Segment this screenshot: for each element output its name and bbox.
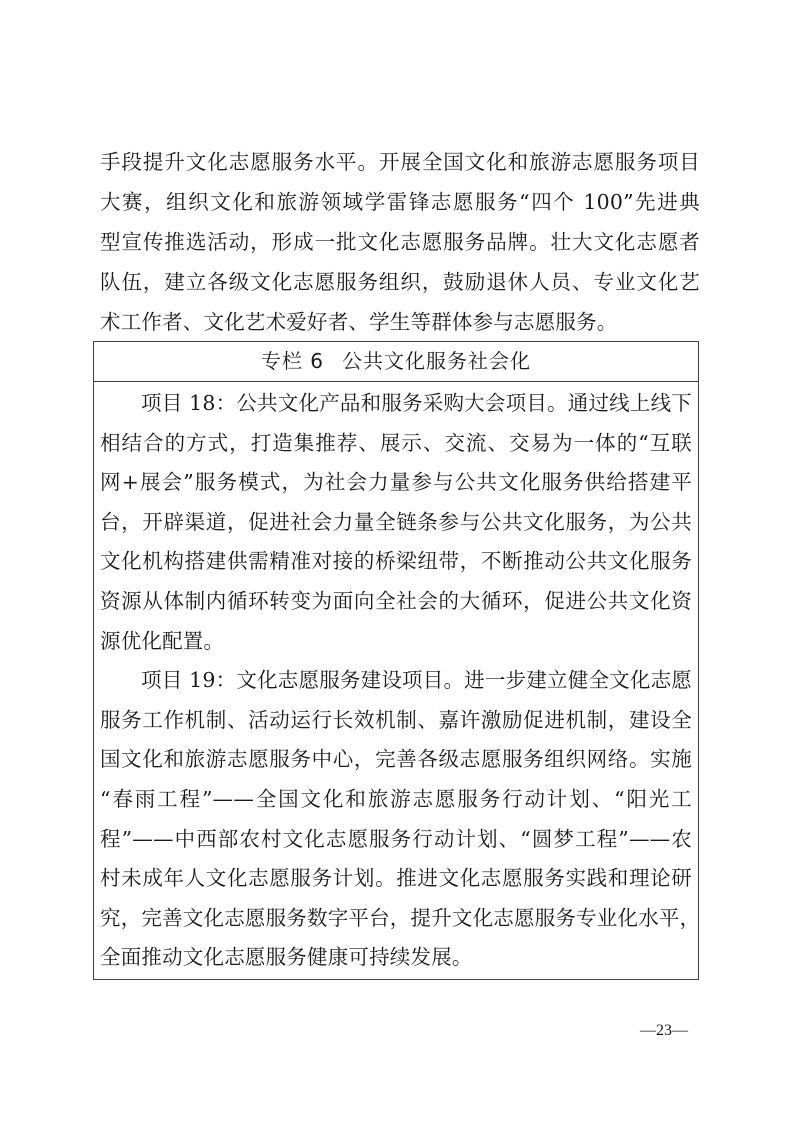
sidebar-box-column-6: 专栏 6公共文化服务社会化 项目 18：公共文化产品和服务采购大会项目。通过线上…: [93, 341, 699, 980]
box-title: 专栏 6公共文化服务社会化: [94, 342, 698, 382]
project-item-18: 项目 18：公共文化产品和服务采购大会项目。通过线上线下 相结合的方式，打造集推…: [100, 384, 692, 661]
box-title-label: 专栏 6: [261, 349, 324, 373]
text-line: 项目 19：文化志愿服务建设项目。进一步建立健全文化志愿: [100, 661, 692, 701]
text-line: 究，完善文化志愿服务数字平台，提升文化志愿服务专业化水平，: [100, 899, 692, 939]
text-line: 项目 18：公共文化产品和服务采购大会项目。通过线上线下: [100, 384, 692, 424]
intro-paragraph: 手段提升文化志愿服务水平。开展全国文化和旅游志愿服务项目 大赛，组织文化和旅游领…: [100, 142, 700, 342]
text-line: “春雨工程”——全国文化和旅游志愿服务行动计划、“阳光工: [100, 780, 692, 820]
project-item-19: 项目 19：文化志愿服务建设项目。进一步建立健全文化志愿 服务工作机制、活动运行…: [100, 661, 692, 978]
text-line: 国文化和旅游志愿服务中心，完善各级志愿服务组织网络。实施: [100, 740, 692, 780]
text-line: 网+展会”服务模式，为社会力量参与公共文化服务供给搭建平: [100, 463, 692, 503]
text-line: 队伍，建立各级文化志愿服务组织，鼓励退休人员、专业文化艺: [100, 262, 700, 302]
text-line: 资源从体制内循环转变为面向全社会的大循环，促进公共文化资: [100, 582, 692, 622]
text-line: 台，开辟渠道，促进社会力量全链条参与公共文化服务，为公共: [100, 503, 692, 543]
text-line: 手段提升文化志愿服务水平。开展全国文化和旅游志愿服务项目: [100, 142, 700, 182]
text-line: 文化机构搭建供需精准对接的桥梁纽带，不断推动公共文化服务: [100, 542, 692, 582]
text-line: 程”——中西部农村文化志愿服务行动计划、“圆梦工程”——农: [100, 820, 692, 860]
text-line: 村未成年人文化志愿服务计划。推进文化志愿服务实践和理论研: [100, 859, 692, 899]
text-line: 相结合的方式，打造集推荐、展示、交流、交易为一体的“互联: [100, 424, 692, 464]
box-title-text: 公共文化服务社会化: [342, 349, 531, 373]
page-number: —23—: [640, 1022, 688, 1040]
text-line: 服务工作机制、活动运行长效机制、嘉许激励促进机制，建设全: [100, 701, 692, 741]
text-line: 术工作者、文化艺术爱好者、学生等群体参与志愿服务。: [100, 302, 700, 342]
text-line: 大赛，组织文化和旅游领域学雷锋志愿服务“四个 100”先进典: [100, 182, 700, 222]
box-body: 项目 18：公共文化产品和服务采购大会项目。通过线上线下 相结合的方式，打造集推…: [100, 384, 692, 978]
text-line: 型宣传推选活动，形成一批文化志愿服务品牌。壮大文化志愿者: [100, 222, 700, 262]
text-line: 源优化配置。: [100, 622, 692, 662]
text-line: 全面推动文化志愿服务健康可持续发展。: [100, 938, 692, 978]
